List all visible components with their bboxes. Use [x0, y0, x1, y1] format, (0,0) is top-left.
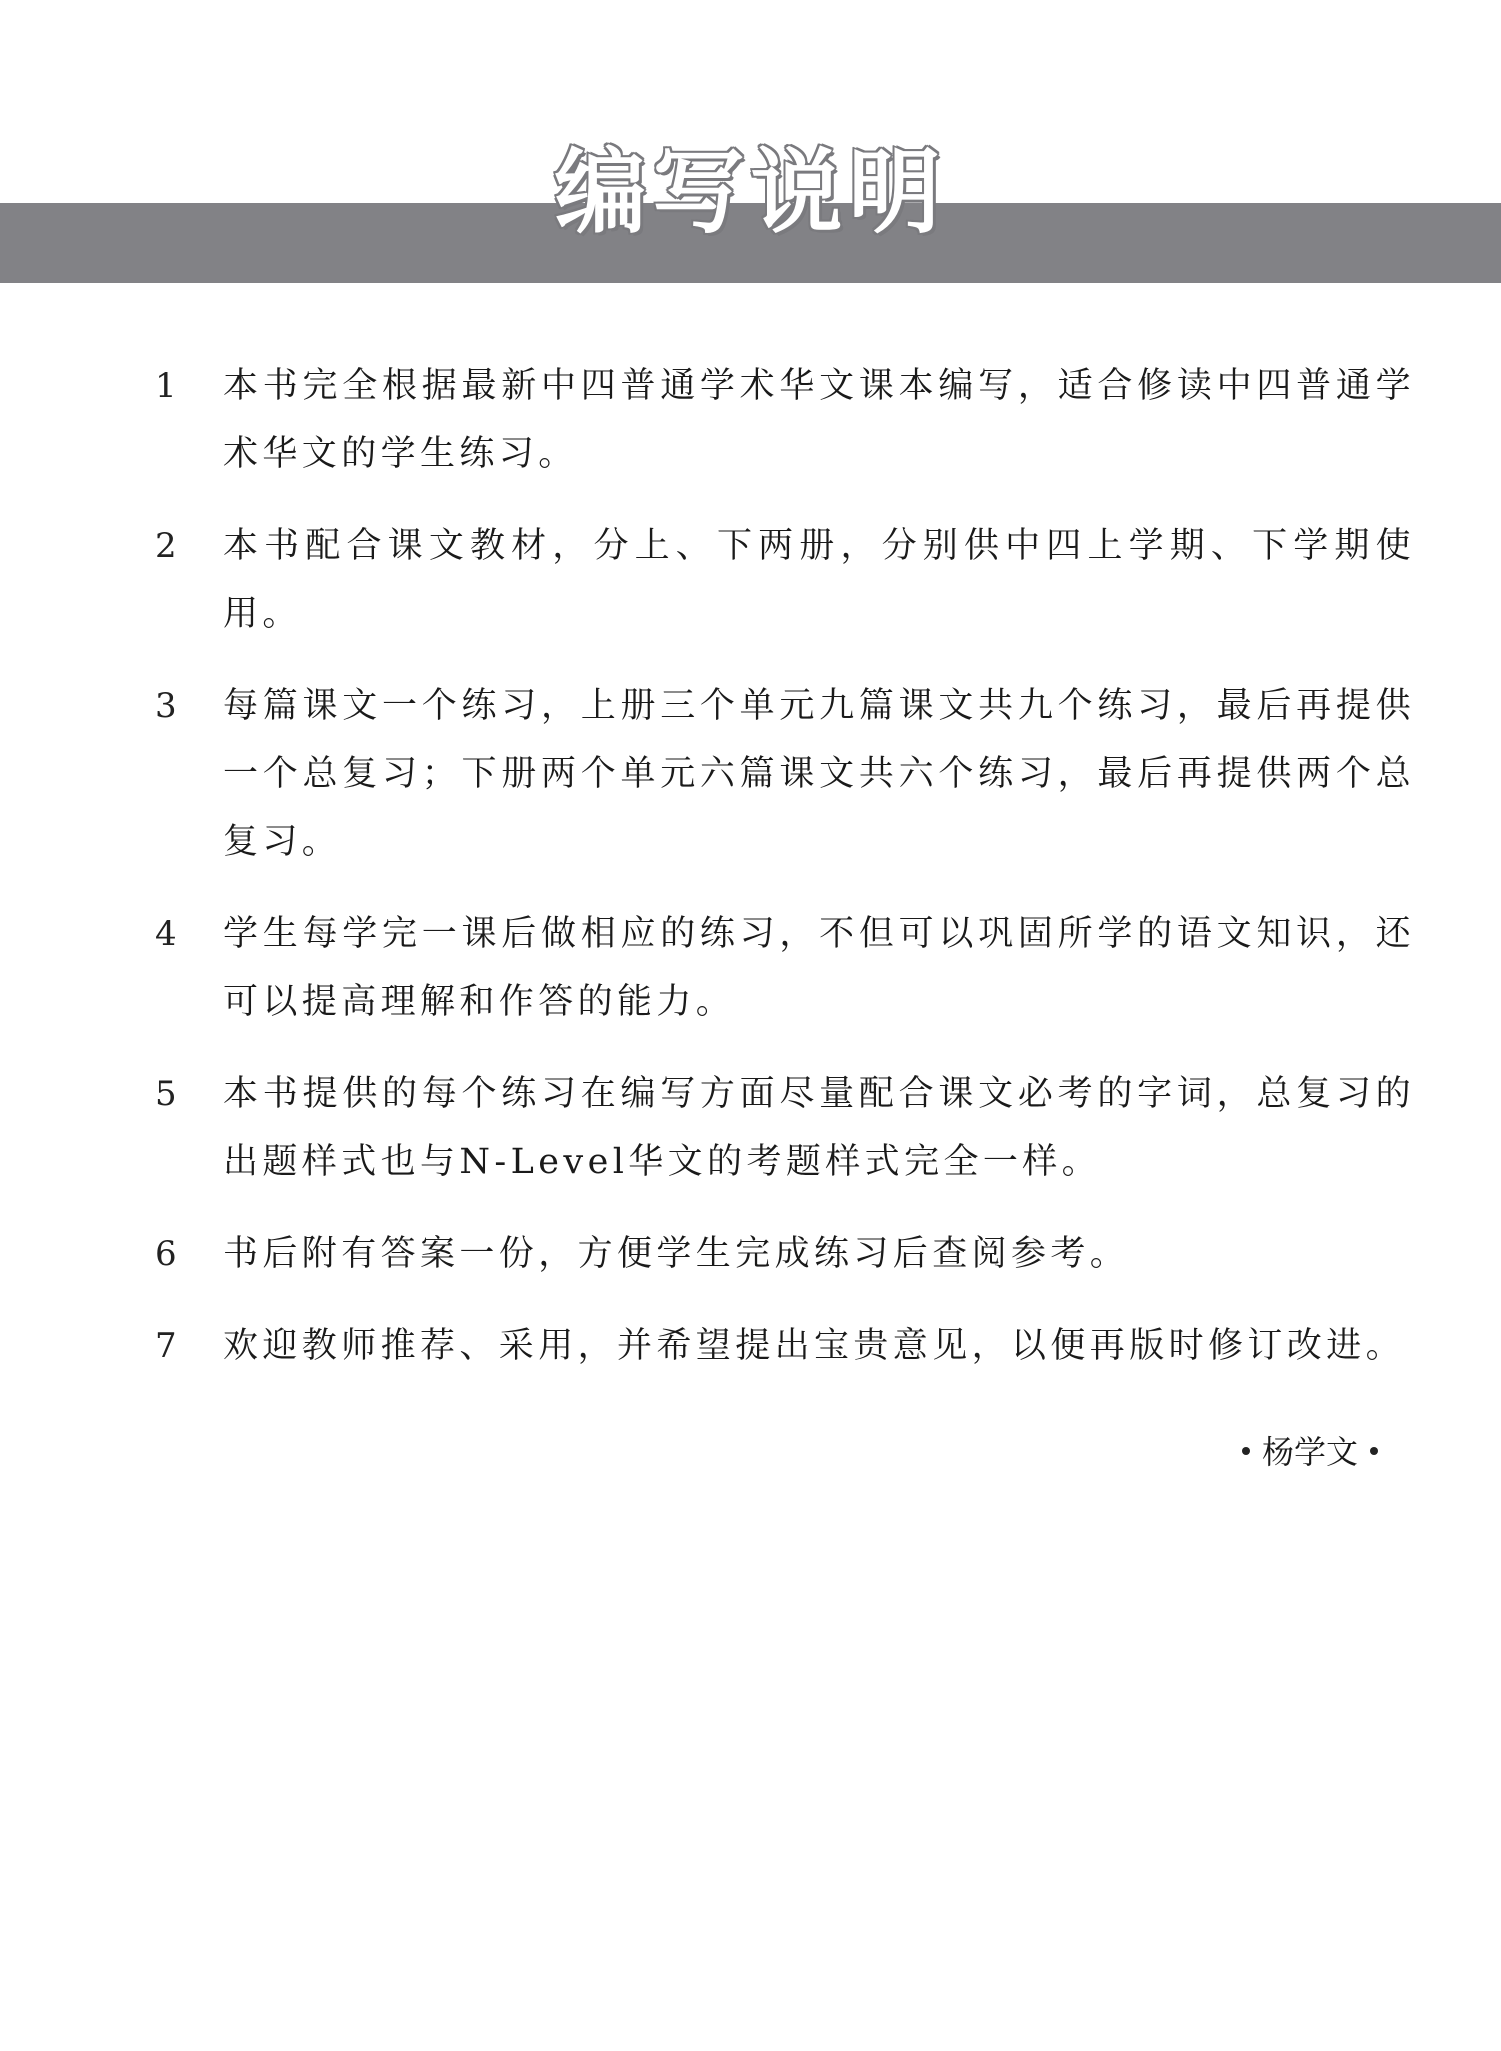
list-item: 3 每篇课文一个练习，上册三个单元九篇课文共九个练习，最后再提供一个总复习；下册…	[155, 672, 1415, 876]
item-number: 6	[155, 1220, 223, 1288]
item-number: 3	[155, 672, 223, 876]
list-item: 7 欢迎教师推荐、采用，并希望提出宝贵意见，以便再版时修订改进。	[155, 1312, 1415, 1380]
author-name: 杨学文	[1262, 1433, 1358, 1471]
item-number: 1	[155, 352, 223, 488]
item-number: 5	[155, 1060, 223, 1196]
item-text: 本书提供的每个练习在编写方面尽量配合课文必考的字词，总复习的出题样式也与N-Le…	[223, 1060, 1415, 1196]
bullet-dot-icon	[1242, 1447, 1250, 1455]
item-text: 书后附有答案一份，方便学生完成练习后查阅参考。	[223, 1220, 1415, 1288]
list-item: 4 学生每学完一课后做相应的练习，不但可以巩固所学的语文知识，还可以提高理解和作…	[155, 900, 1415, 1036]
author-signature: 杨学文	[1230, 1428, 1390, 1476]
bullet-dot-icon	[1370, 1447, 1378, 1455]
item-number: 4	[155, 900, 223, 1036]
instructions-list: 1 本书完全根据最新中四普通学术华文课本编写，适合修读中四普通学术华文的学生练习…	[155, 352, 1415, 1404]
list-item: 6 书后附有答案一份，方便学生完成练习后查阅参考。	[155, 1220, 1415, 1288]
item-text: 每篇课文一个练习，上册三个单元九篇课文共九个练习，最后再提供一个总复习；下册两个…	[223, 672, 1415, 876]
item-text: 欢迎教师推荐、采用，并希望提出宝贵意见，以便再版时修订改进。	[223, 1312, 1415, 1380]
list-item: 1 本书完全根据最新中四普通学术华文课本编写，适合修读中四普通学术华文的学生练习…	[155, 352, 1415, 488]
page-title: 编写说明	[0, 138, 1501, 248]
list-item: 2 本书配合课文教材，分上、下两册，分别供中四上学期、下学期使用。	[155, 512, 1415, 648]
item-number: 2	[155, 512, 223, 648]
item-text: 学生每学完一课后做相应的练习，不但可以巩固所学的语文知识，还可以提高理解和作答的…	[223, 900, 1415, 1036]
list-item: 5 本书提供的每个练习在编写方面尽量配合课文必考的字词，总复习的出题样式也与N-…	[155, 1060, 1415, 1196]
item-number: 7	[155, 1312, 223, 1380]
item-text: 本书配合课文教材，分上、下两册，分别供中四上学期、下学期使用。	[223, 512, 1415, 648]
item-text: 本书完全根据最新中四普通学术华文课本编写，适合修读中四普通学术华文的学生练习。	[223, 352, 1415, 488]
